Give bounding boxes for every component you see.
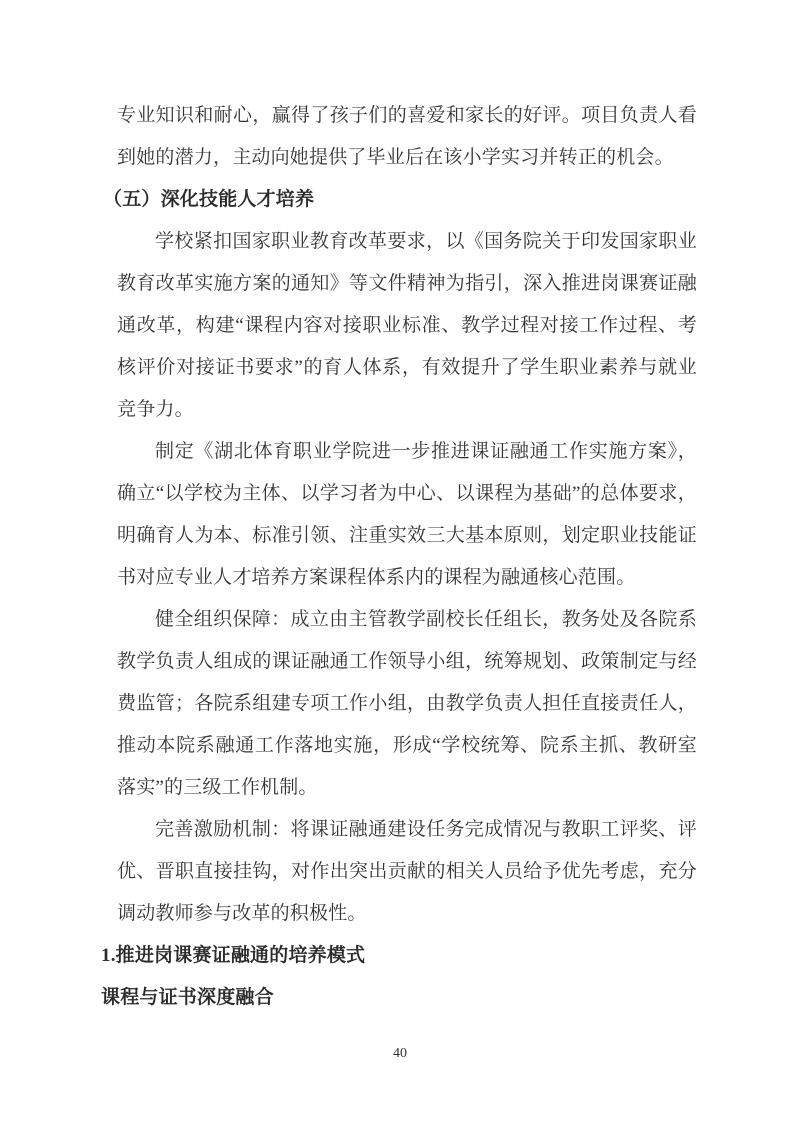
body-paragraph: 制定《湖北体育职业学院进一步推进课证融通工作实施方案》，确立“以学校为主体、以学…: [117, 431, 697, 599]
page-content: 专业知识和耐心，赢得了孩子们的喜爱和家长的好评。项目负责人看到她的潜力，主动向她…: [101, 95, 697, 1019]
page-number: 40: [0, 1045, 800, 1063]
subsection-heading: 课程与证书深度融合: [101, 977, 697, 1019]
body-paragraph: 完善激励机制：将课证融通建设任务完成情况与教职工评奖、评优、晋职直接挂钩，对作出…: [117, 809, 697, 935]
subsection-heading: 1.推进岗课赛证融通的培养模式: [101, 935, 697, 977]
body-paragraph: 学校紧扣国家职业教育改革要求，以《国务院关于印发国家职业教育改革实施方案的通知》…: [117, 221, 697, 431]
section-heading: （五）深化技能人才培养: [103, 179, 697, 221]
document-page: 专业知识和耐心，赢得了孩子们的喜爱和家长的好评。项目负责人看到她的潜力，主动向她…: [0, 0, 800, 1131]
body-paragraph: 专业知识和耐心，赢得了孩子们的喜爱和家长的好评。项目负责人看到她的潜力，主动向她…: [117, 95, 697, 179]
body-paragraph: 健全组织保障：成立由主管教学副校长任组长，教务处及各院系教学负责人组成的课证融通…: [117, 599, 697, 809]
